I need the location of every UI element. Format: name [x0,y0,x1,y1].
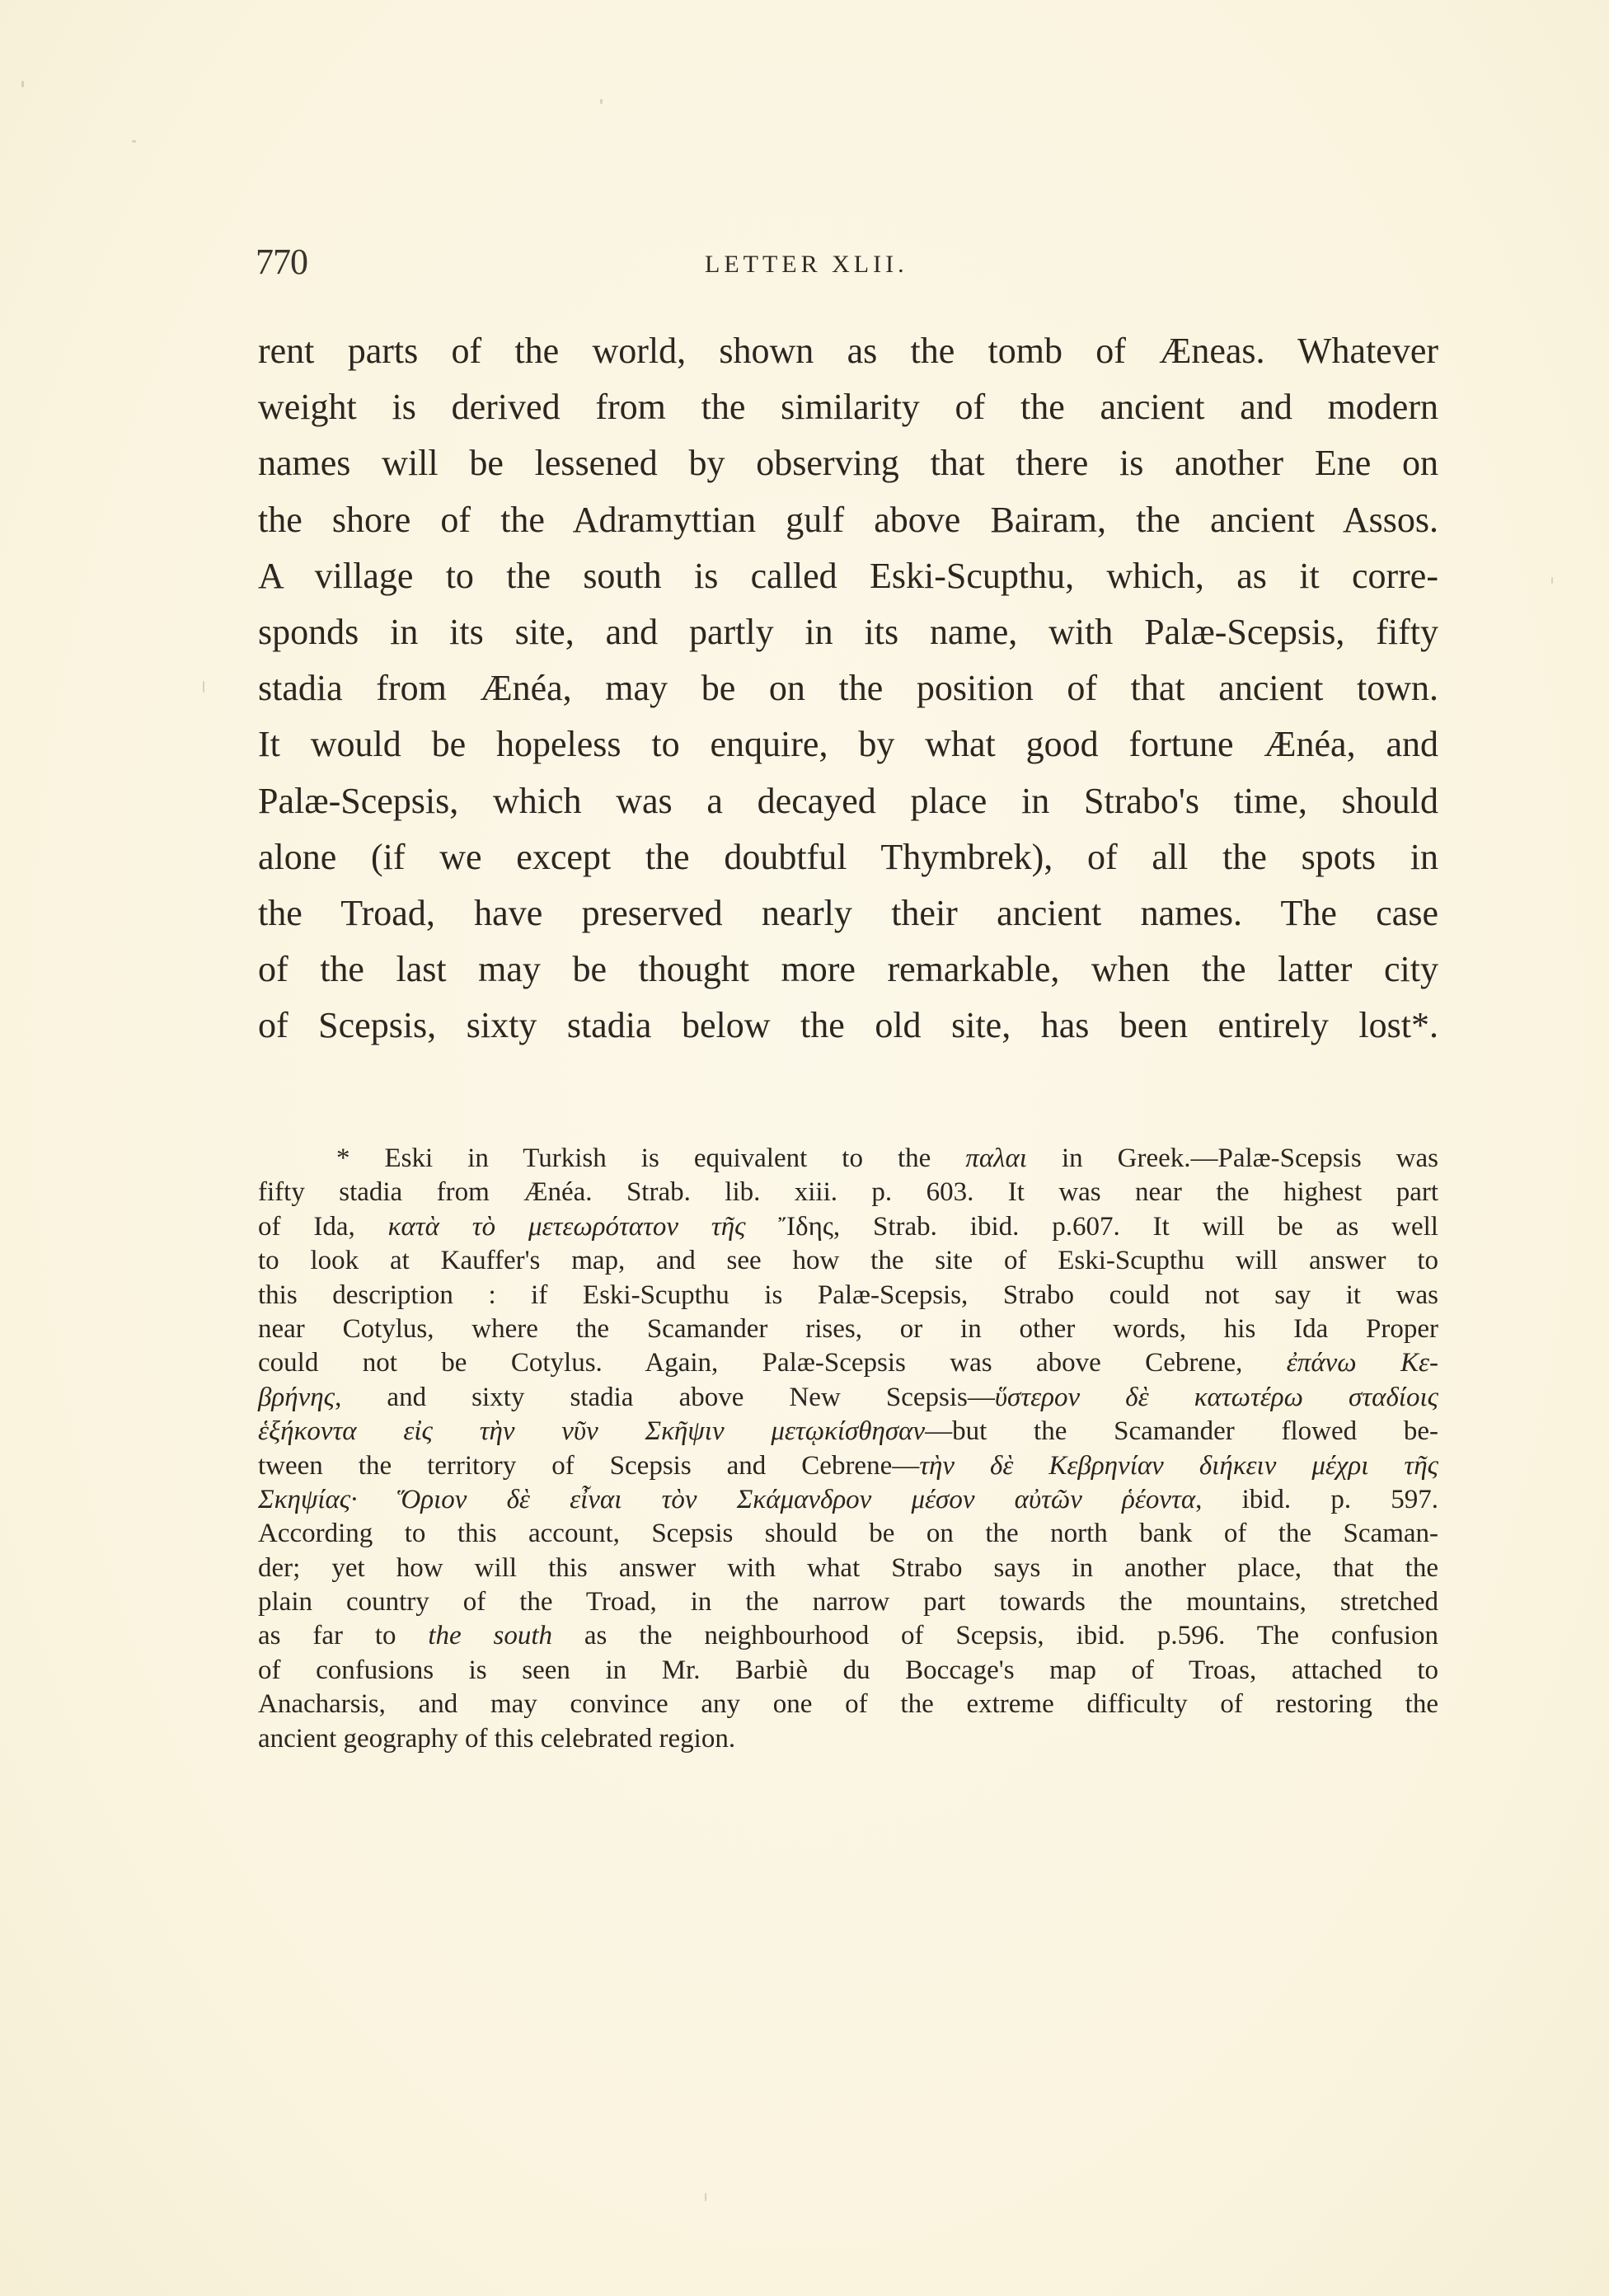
running-title: LETTER XLII. [705,251,908,279]
footnote-text: der; yet how will this answer with what … [258,1553,1438,1583]
body-line: the Troad, have preserved nearly their a… [258,885,1438,941]
footnote-text: near Cotylus, where the Scamander rises,… [258,1314,1438,1344]
italic-emphasis: the south [428,1621,552,1650]
footnote-line: to look at Kauffer's map, and see how th… [258,1244,1438,1278]
footnote-text: of Ida, [258,1212,388,1242]
body-line: sponds in its site, and partly in its na… [258,604,1438,660]
footnote-text: to look at Kauffer's map, and see how th… [258,1246,1438,1275]
footnote-text: —but the Scamander flowed be- [925,1416,1438,1446]
footnote-line: near Cotylus, where the Scamander rises,… [258,1312,1438,1346]
footnote-line: ancient geography of this celebrated reg… [258,1722,1438,1756]
footnote-text: According to this account, Scepsis shoul… [258,1519,1438,1548]
page-number: 770 [256,241,307,283]
footnote-line: fifty stadia from Ænéa. Strab. lib. xiii… [258,1176,1438,1209]
footnote: * Eski in Turkish is equivalent to the π… [258,1142,1438,1756]
footnote-line: tween the territory of Scepsis and Cebre… [258,1449,1438,1483]
body-line: names will be lessened by observing that… [258,435,1438,491]
body-line: of Scepsis, sixty stadia below the old s… [258,998,1438,1054]
greek-quote: βρήνης [258,1383,335,1412]
greek-quote: ὕστερον δὲ κατωτέρω σταδίοις [995,1383,1438,1412]
footnote-line: could not be Cotylus. Again, Palæ-Scepsi… [258,1346,1438,1380]
footnote-text: could not be Cotylus. Again, Palæ-Scepsi… [258,1348,1287,1378]
footnote-text: in Greek.—Palæ-Scepsis was [1027,1143,1438,1173]
footnote-line: of Ida, κατὰ τὸ μετεωρότατον τῆς Ἴδης, S… [258,1210,1438,1244]
footnote-line: as far to the south as the neighbourhood… [258,1619,1438,1653]
footnote-text: as far to [258,1621,428,1650]
footnote-text: , ibid. p. 597. [1195,1485,1438,1514]
paper-speck [21,81,24,87]
paper-speck [705,2193,706,2201]
footnote-text: tween the territory of Scepsis and Cebre… [258,1451,919,1481]
body-line: of the last may be thought more remarkab… [258,941,1438,998]
footnote-text: of confusions is seen in Mr. Barbiè du B… [258,1655,1438,1685]
body-line: rent parts of the world, shown as the to… [258,323,1438,379]
footnote-line: According to this account, Scepsis shoul… [258,1517,1438,1551]
paper-speck [203,681,204,693]
greek-quote: παλαι [965,1143,1027,1173]
book-page: 770 LETTER XLII. rent parts of the world… [0,0,1609,2296]
body-line: stadia from Ænéa, may be on the position… [258,660,1438,716]
footnote-line: βρήνης, and sixty stadia above New Sceps… [258,1381,1438,1415]
body-line: Palæ-Scepsis, which was a decayed place … [258,773,1438,829]
footnote-line: * Eski in Turkish is equivalent to the π… [258,1142,1438,1176]
body-line: weight is derived from the similarity of… [258,379,1438,435]
footnote-text: plain country of the Troad, in the narro… [258,1587,1438,1617]
running-head: 770 LETTER XLII. [256,241,1442,290]
footnote-line: plain country of the Troad, in the narro… [258,1585,1438,1619]
footnote-line: this description : if Eski-Scupthu is Pa… [258,1279,1438,1312]
body-line: the shore of the Adramyttian gulf above … [258,492,1438,548]
greek-quote: ἑξήκοντα εἰς τὴν νῦν Σκῆψιν μετῳκίσθησαν [258,1416,925,1446]
greek-quote: κατὰ τὸ μετεωρότατον τῆς [388,1212,746,1242]
footnote-text: this description : if Eski-Scupthu is Pa… [258,1280,1438,1310]
footnote-text: , and sixty stadia above New Scepsis— [335,1383,995,1412]
footnote-text: as the neighbourhood of Scepsis, ibid. p… [552,1621,1438,1650]
footnote-line: Σκηψίας· Ὅριον δὲ εἶναι τὸν Σκάμανδρον μ… [258,1483,1438,1517]
paper-speck [132,140,136,143]
greek-quote: ἐπάνω Κε- [1287,1348,1438,1378]
footnote-line: der; yet how will this answer with what … [258,1552,1438,1585]
greek-quote: τὴν δὲ Κεβρηνίαν διήκειν μέχρι τῆς [919,1451,1438,1481]
footnote-text: ancient geography of this celebrated reg… [258,1724,735,1754]
footnote-line: ἑξήκοντα εἰς τὴν νῦν Σκῆψιν μετῳκίσθησαν… [258,1415,1438,1448]
greek-quote: Σκηψίας· Ὅριον δὲ εἶναι τὸν Σκάμανδρον μ… [258,1485,1195,1514]
footnote-text: Ἴδης, Strab. ibid. p.607. It will be as … [745,1212,1438,1242]
body-line: alone (if we except the doubtful Thymbre… [258,829,1438,885]
paper-speck [600,99,603,104]
footnote-text: * Eski in Turkish is equivalent to the [336,1143,965,1173]
footnote-text: fifty stadia from Ænéa. Strab. lib. xiii… [258,1177,1438,1207]
paper-speck [1551,577,1553,584]
footnote-line: of confusions is seen in Mr. Barbiè du B… [258,1654,1438,1688]
footnote-line: Anacharsis, and may convince any one of … [258,1688,1438,1721]
body-text: rent parts of the world, shown as the to… [258,323,1438,1054]
body-line: A village to the south is called Eski-Sc… [258,548,1438,604]
body-line: It would be hopeless to enquire, by what… [258,716,1438,772]
footnote-text: Anacharsis, and may convince any one of … [258,1689,1438,1719]
